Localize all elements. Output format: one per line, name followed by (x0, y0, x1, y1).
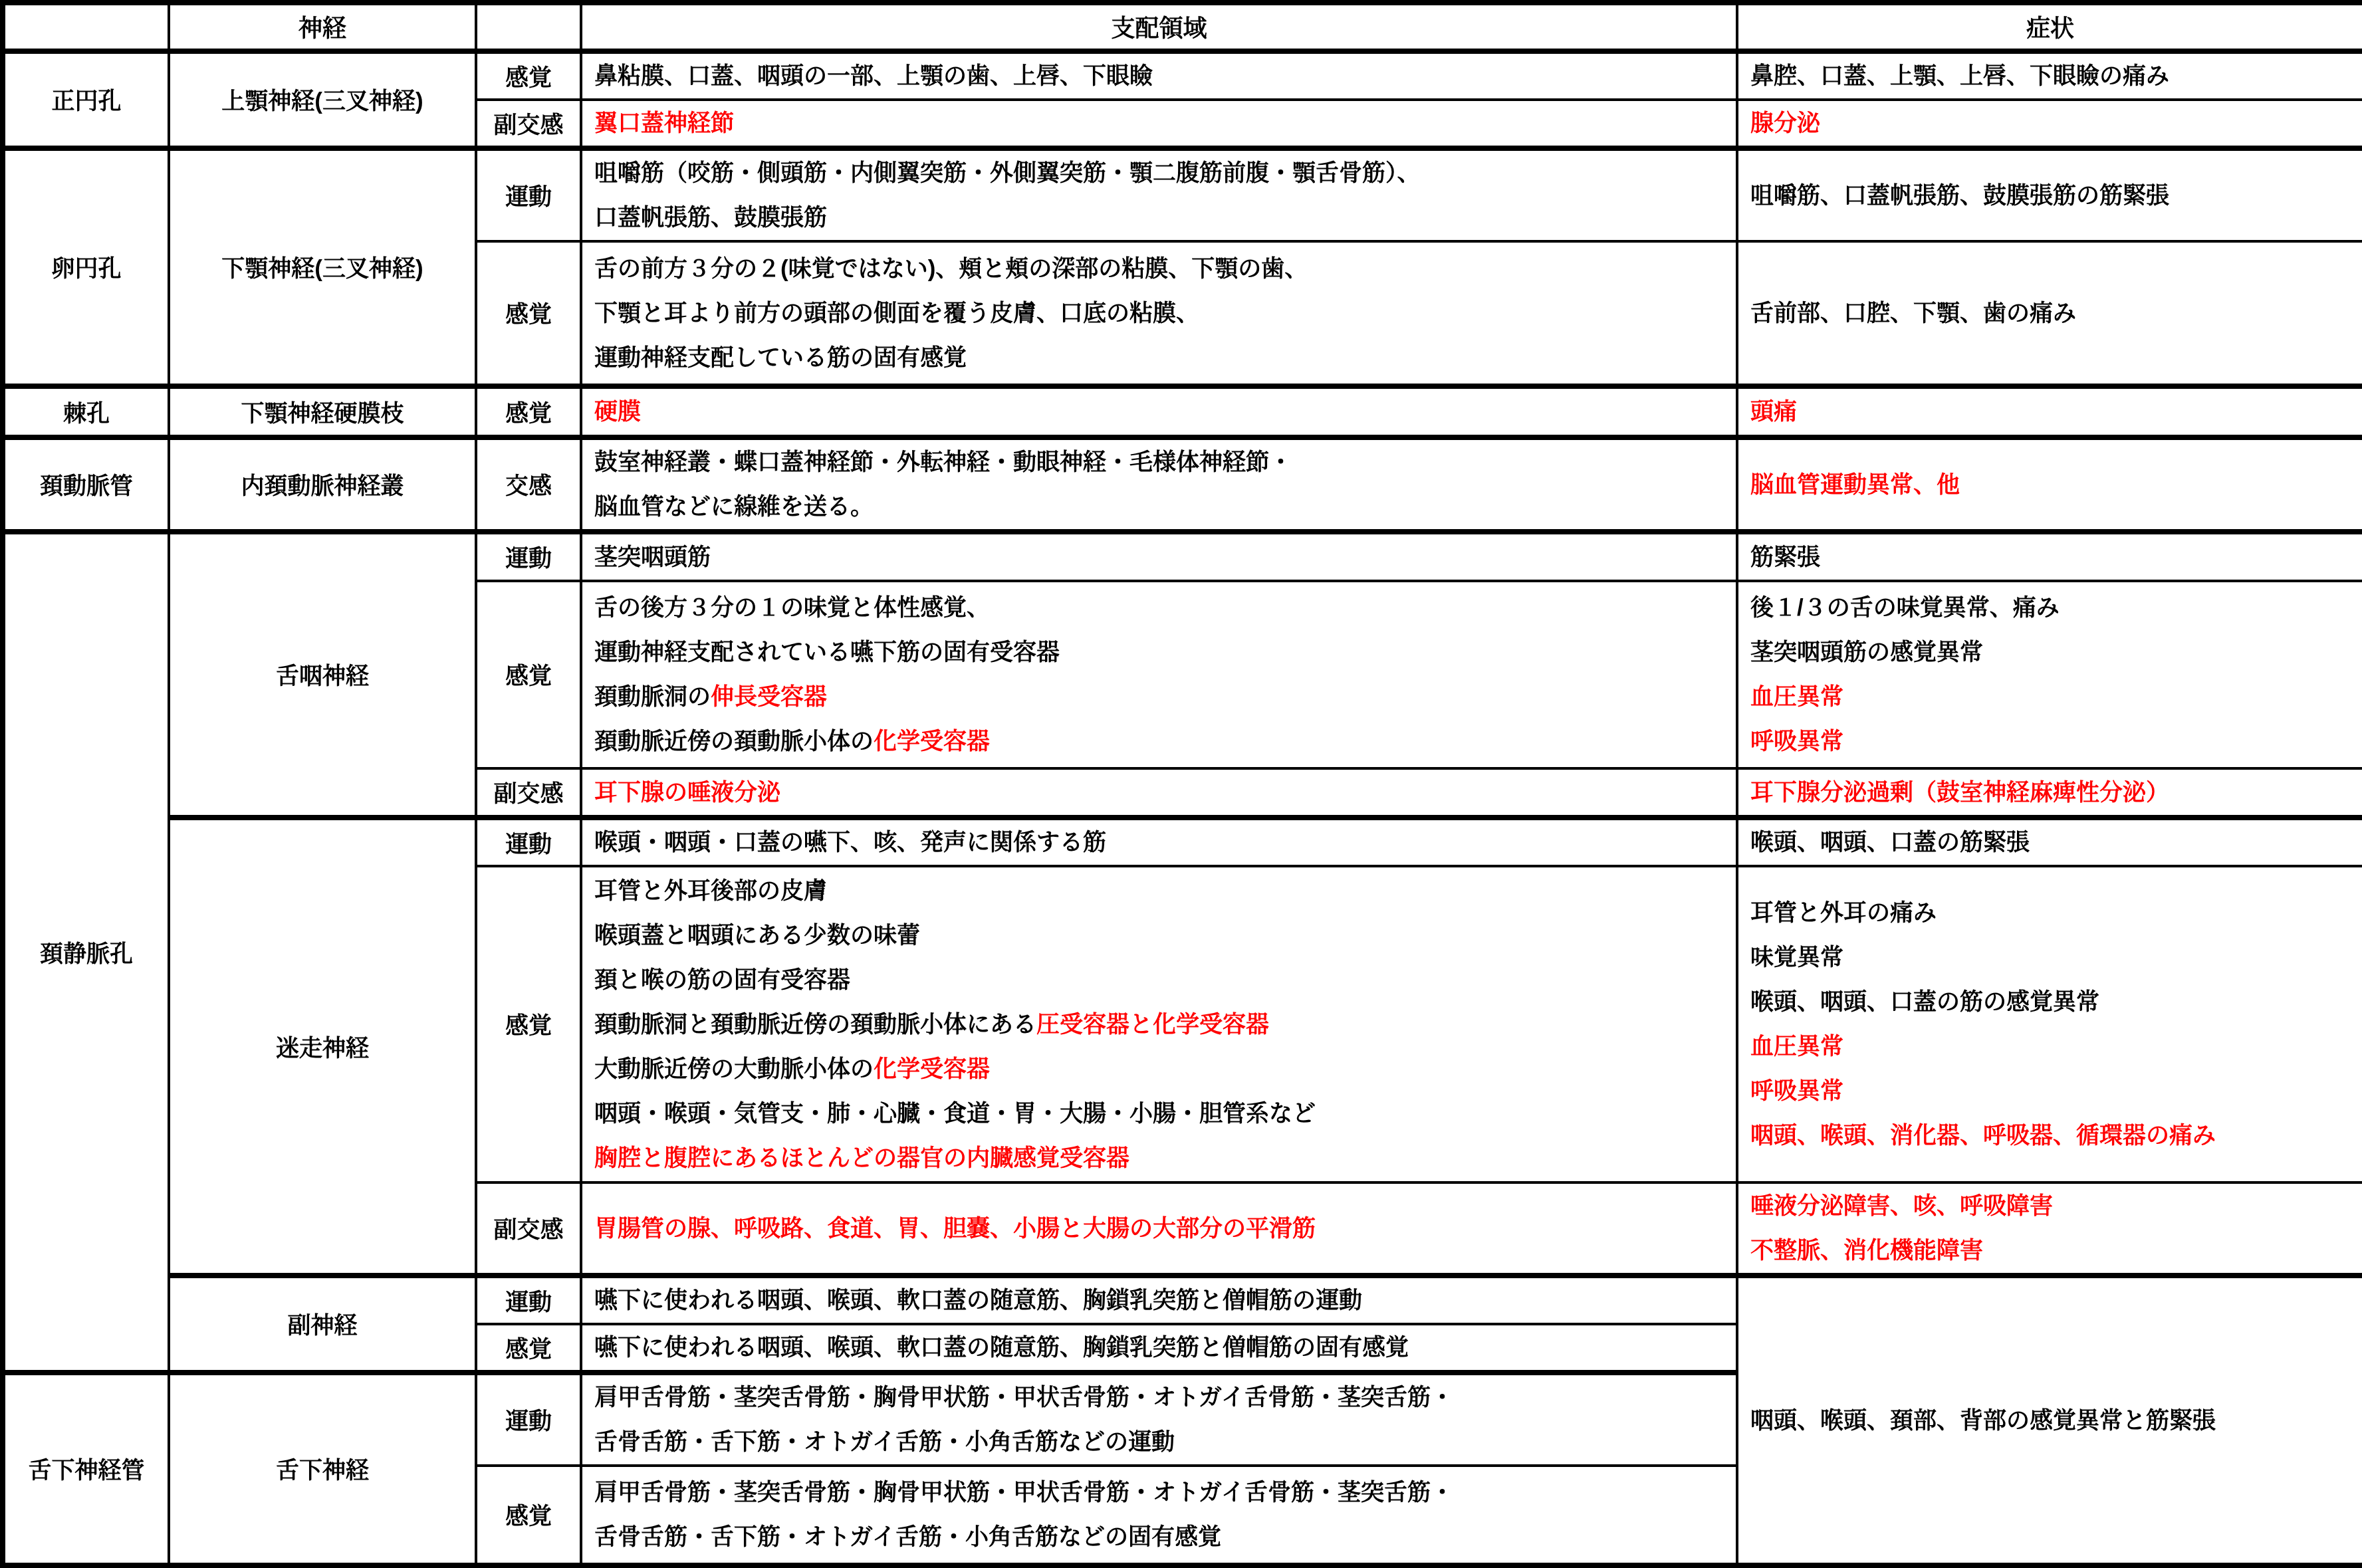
symptom-cell: 腺分泌 (1737, 100, 2362, 148)
region-cell: 舌の前方３分の２(味覚ではない)、頬と頬の深部の粘膜、下顎の歯、 下顎と耳より前… (581, 241, 1737, 386)
nerve-vagus: 迷走神経 (169, 818, 476, 1276)
nerve-hypoglossal: 舌下神経 (169, 1373, 476, 1565)
region-cell: 翼口蓋神経節 (581, 100, 1737, 148)
text-red: 不整脈、消化機能障害 (1750, 1238, 1983, 1264)
text-black: 喉頭蓋と咽頭にある少数の味蕾 (594, 923, 920, 949)
type-label: 運動 (476, 532, 581, 581)
row-accessory-motor: 副神経 運動 嚥下に使われる咽頭、喉頭、軟口蓋の随意筋、胸鎖乳突筋と僧帽筋の運動… (3, 1276, 2362, 1324)
type-label: 感覚 (476, 866, 581, 1182)
text-black: 喉頭・咽頭・口蓋の嚥下、咳、発声に関係する筋 (594, 830, 1106, 855)
text-black: 味覚異常 (1750, 945, 1843, 970)
text-line: 嚥下に使われる咽頭、喉頭、軟口蓋の随意筋、胸鎖乳突筋と僧帽筋の固有感覚 (594, 1325, 1724, 1370)
text-line: 喉頭蓋と咽頭にある少数の味蕾 (594, 913, 1724, 958)
text-black: 肩甲舌骨筋・茎突舌骨筋・胸骨甲状筋・甲状舌骨筋・オトガイ舌骨筋・茎突舌筋・ (594, 1480, 1454, 1506)
header-foramen-blank (3, 3, 169, 51)
text-line: 頚動脈近傍の頚動脈小体の化学受容器 (594, 719, 1724, 764)
text-red: 血圧異常 (1750, 684, 1843, 710)
text-black: 咀嚼筋（咬筋・側頭筋・内側翼突筋・外側翼突筋・顎二腹筋前腹・顎舌骨筋）、 (594, 160, 1421, 186)
text-black: 茎突咽頭筋の感覚異常 (1750, 639, 1983, 665)
text-line: 口蓋帆張筋、鼓膜張筋 (594, 195, 1724, 240)
text-line: 血圧異常 (1750, 675, 2350, 719)
row-meningeal-branch: 棘孔 下顎神経硬膜枝 感覚 硬膜 頭痛 (3, 386, 2362, 437)
text-red: 呼吸異常 (1750, 728, 1843, 754)
text-black: 運動神経支配している筋の固有感覚 (594, 345, 967, 371)
text-black: 舌の前方３分の２(味覚ではない)、頬と頬の深部の粘膜、下顎の歯、 (594, 256, 1308, 282)
text-black: 肩甲舌骨筋・茎突舌骨筋・胸骨甲状筋・甲状舌骨筋・オトガイ舌骨筋・茎突舌筋・ (594, 1385, 1454, 1410)
type-label: 運動 (476, 818, 581, 866)
text-black: 大動脈近傍の大動脈小体の (594, 1056, 874, 1082)
nerve-maxillary: 上顎神経(三叉神経) (169, 51, 476, 148)
text-line: 運動神経支配されている嚥下筋の固有受容器 (594, 630, 1724, 675)
region-cell: 嚥下に使われる咽頭、喉頭、軟口蓋の随意筋、胸鎖乳突筋と僧帽筋の固有感覚 (581, 1324, 1737, 1373)
text-black: 舌骨舌筋・舌下筋・オトガイ舌筋・小角舌筋などの運動 (594, 1429, 1175, 1455)
region-cell: 硬膜 (581, 386, 1737, 437)
region-cell: 鼓室神経叢・蝶口蓋神経節・外転神経・動眼神経・毛様体神経節・ 脳血管などに線維を… (581, 437, 1737, 532)
row-maxillary-sensory: 正円孔 上顎神経(三叉神経) 感覚 鼻粘膜、口蓋、咽頭の一部、上顎の歯、上唇、下… (3, 51, 2362, 100)
text-black: 頚動脈洞の (594, 684, 711, 710)
type-label: 感覚 (476, 581, 581, 768)
text-black: 鼓室神経叢・蝶口蓋神経節・外転神経・動眼神経・毛様体神経節・ (594, 449, 1292, 475)
foramen-spinosum: 棘孔 (3, 386, 169, 437)
text-line: 頭痛 (1750, 390, 2350, 434)
text-red: 耳下腺の唾液分泌 (594, 780, 780, 806)
text-red: 化学受容器 (874, 728, 990, 754)
foramen-ovale: 卵円孔 (3, 148, 169, 386)
symptom-cell: 喉頭、咽頭、口蓋の筋緊張 (1737, 818, 2362, 866)
symptom-cell: 頭痛 (1737, 386, 2362, 437)
text-line: 咽頭、喉頭、頚部、背部の感覚異常と筋緊張 (1750, 1399, 2350, 1443)
nerve-internal-carotid-plexus: 内頚動脈神経叢 (169, 437, 476, 532)
text-black: 下顎と耳より前方の頭部の側面を覆う皮膚、口底の粘膜、 (594, 300, 1199, 326)
nerve-glossopharyngeal: 舌咽神経 (169, 532, 476, 818)
region-cell: 嚥下に使われる咽頭、喉頭、軟口蓋の随意筋、胸鎖乳突筋と僧帽筋の運動 (581, 1276, 1737, 1324)
text-line: 翼口蓋神経節 (594, 101, 1724, 146)
text-line: 喉頭、咽頭、口蓋の筋の感覚異常 (1750, 980, 2350, 1024)
text-line: 硬膜 (594, 390, 1724, 434)
text-line: 運動神経支配している筋の固有感覚 (594, 336, 1724, 380)
text-line: 鼓室神経叢・蝶口蓋神経節・外転神経・動眼神経・毛様体神経節・ (594, 440, 1724, 485)
text-black: 口蓋帆張筋、鼓膜張筋 (594, 205, 827, 231)
text-black: 咽頭・喉頭・気管支・肺・心臓・食道・胃・大腸・小腸・胆管系など (594, 1101, 1316, 1127)
text-line: 不整脈、消化機能障害 (1750, 1228, 2350, 1273)
type-label: 感覚 (476, 1324, 581, 1373)
symptom-cell: 脳血管運動異常、他 (1737, 437, 2362, 532)
nerve-mandibular: 下顎神経(三叉神経) (169, 148, 476, 386)
type-label: 感覚 (476, 51, 581, 100)
text-line: 血圧異常 (1750, 1024, 2350, 1069)
text-line: 咽頭・喉頭・気管支・肺・心臓・食道・胃・大腸・小腸・胆管系など (594, 1091, 1724, 1136)
row-carotid-plexus-sympathetic: 頚動脈管 内頚動脈神経叢 交感 鼓室神経叢・蝶口蓋神経節・外転神経・動眼神経・毛… (3, 437, 2362, 532)
text-line: 舌骨舌筋・舌下筋・オトガイ舌筋・小角舌筋などの運動 (594, 1420, 1724, 1464)
type-label: 運動 (476, 148, 581, 241)
text-black: 喉頭、咽頭、口蓋の筋の感覚異常 (1750, 989, 2099, 1015)
text-line: 脳血管などに線維を送る。 (594, 485, 1724, 529)
symptom-cell: 鼻腔、口蓋、上顎、上唇、下眼瞼の痛み (1737, 51, 2362, 100)
text-line: 大動脈近傍の大動脈小体の化学受容器 (594, 1047, 1724, 1091)
text-line: 耳管と外耳の痛み (1750, 891, 2350, 935)
text-black: 舌骨舌筋・舌下筋・オトガイ舌筋・小角舌筋などの固有感覚 (594, 1524, 1221, 1550)
text-line: 茎突咽頭筋の感覚異常 (1750, 630, 2350, 675)
text-black: 舌前部、口腔、下顎、歯の痛み (1750, 300, 2076, 326)
text-line: 腺分泌 (1750, 101, 2350, 146)
type-label: 交感 (476, 437, 581, 532)
text-red: 腺分泌 (1750, 110, 1820, 136)
text-line: 頚動脈洞と頚動脈近傍の頚動脈小体にある圧受容器と化学受容器 (594, 1002, 1724, 1047)
row-mandibular-motor: 卵円孔 下顎神経(三叉神経) 運動 咀嚼筋（咬筋・側頭筋・内側翼突筋・外側翼突筋… (3, 148, 2362, 241)
text-line: 唾液分泌障害、咳、呼吸障害 (1750, 1184, 2350, 1228)
symptom-cell: 舌前部、口腔、下顎、歯の痛み (1737, 241, 2362, 386)
text-black: 嚥下に使われる咽頭、喉頭、軟口蓋の随意筋、胸鎖乳突筋と僧帽筋の運動 (594, 1288, 1362, 1313)
region-cell: 鼻粘膜、口蓋、咽頭の一部、上顎の歯、上唇、下眼瞼 (581, 51, 1737, 100)
region-cell: 胃腸管の腺、呼吸路、食道、胃、胆嚢、小腸と大腸の大部分の平滑筋 (581, 1182, 1737, 1276)
text-black: 後１/３の舌の味覚異常、痛み (1750, 595, 2060, 621)
text-black: 耳管と外耳の痛み (1750, 900, 1937, 926)
text-line: 耳下腺分泌過剰（鼓室神経麻痺性分泌） (1750, 770, 2350, 815)
text-black: 咽頭、喉頭、頚部、背部の感覚異常と筋緊張 (1750, 1408, 2216, 1434)
header-symptom: 症状 (1737, 3, 2362, 51)
symptom-cell: 咀嚼筋、口蓋帆張筋、鼓膜張筋の筋緊張 (1737, 148, 2362, 241)
text-red: 伸長受容器 (711, 684, 827, 710)
text-line: 咀嚼筋（咬筋・側頭筋・内側翼突筋・外側翼突筋・顎二腹筋前腹・顎舌骨筋）、 (594, 151, 1724, 195)
text-line: 舌前部、口腔、下顎、歯の痛み (1750, 291, 2350, 336)
type-label: 副交感 (476, 100, 581, 148)
region-cell: 肩甲舌骨筋・茎突舌骨筋・胸骨甲状筋・甲状舌骨筋・オトガイ舌骨筋・茎突舌筋・ 舌骨… (581, 1373, 1737, 1466)
text-black: 頚動脈近傍の頚動脈小体の (594, 728, 874, 754)
row-vagus-motor: 迷走神経 運動 喉頭・咽頭・口蓋の嚥下、咳、発声に関係する筋 喉頭、咽頭、口蓋の… (3, 818, 2362, 866)
region-cell: 肩甲舌骨筋・茎突舌骨筋・胸骨甲状筋・甲状舌骨筋・オトガイ舌骨筋・茎突舌筋・ 舌骨… (581, 1466, 1737, 1565)
text-line: 咽頭、喉頭、消化器、呼吸器、循環器の痛み (1750, 1113, 2350, 1158)
text-line: 舌骨舌筋・舌下筋・オトガイ舌筋・小角舌筋などの固有感覚 (594, 1515, 1724, 1559)
text-red: 翼口蓋神経節 (594, 110, 734, 136)
type-label: 運動 (476, 1276, 581, 1324)
text-black: 咀嚼筋、口蓋帆張筋、鼓膜張筋の筋緊張 (1750, 183, 2169, 209)
text-line: 咀嚼筋、口蓋帆張筋、鼓膜張筋の筋緊張 (1750, 173, 2350, 218)
text-line: 喉頭、咽頭、口蓋の筋緊張 (1750, 820, 2350, 865)
row-glossopharyngeal-motor: 頚静脈孔 舌咽神経 運動 茎突咽頭筋 筋緊張 (3, 532, 2362, 581)
symptom-cell: 唾液分泌障害、咳、呼吸障害 不整脈、消化機能障害 (1737, 1182, 2362, 1276)
text-black: 茎突咽頭筋 (594, 544, 711, 570)
region-cell: 舌の後方３分の１の味覚と体性感覚、 運動神経支配されている嚥下筋の固有受容器 頚… (581, 581, 1737, 768)
text-line: 胃腸管の腺、呼吸路、食道、胃、胆嚢、小腸と大腸の大部分の平滑筋 (594, 1206, 1724, 1251)
header-nerve: 神経 (169, 3, 476, 51)
region-cell: 耳下腺の唾液分泌 (581, 768, 1737, 818)
text-line: 下顎と耳より前方の頭部の側面を覆う皮膚、口底の粘膜、 (594, 291, 1724, 336)
foramen-carotid-canal: 頚動脈管 (3, 437, 169, 532)
text-black: 鼻腔、口蓋、上顎、上唇、下眼瞼の痛み (1750, 63, 2169, 89)
text-line: 筋緊張 (1750, 535, 2350, 580)
text-red: 耳下腺分泌過剰（鼓室神経麻痺性分泌） (1750, 780, 2169, 806)
symptom-cell: 筋緊張 (1737, 532, 2362, 581)
type-label: 感覚 (476, 1466, 581, 1565)
text-line: 喉頭・咽頭・口蓋の嚥下、咳、発声に関係する筋 (594, 820, 1724, 865)
text-black: 頚動脈洞と頚動脈近傍の頚動脈小体にある (594, 1012, 1036, 1038)
nerve-meningeal-branch: 下顎神経硬膜枝 (169, 386, 476, 437)
text-red: 呼吸異常 (1750, 1078, 1843, 1104)
text-black: 運動神経支配されている嚥下筋の固有受容器 (594, 639, 1060, 665)
text-line: 耳管と外耳後部の皮膚 (594, 869, 1724, 913)
nerve-accessory: 副神経 (169, 1276, 476, 1373)
foramen-rotundum: 正円孔 (3, 51, 169, 148)
text-line: 味覚異常 (1750, 935, 2350, 980)
text-red: 胸腔と腹腔にあるほとんどの器官の内臓感覚受容器 (594, 1145, 1129, 1171)
text-black: 嚥下に使われる咽頭、喉頭、軟口蓋の随意筋、胸鎖乳突筋と僧帽筋の固有感覚 (594, 1335, 1409, 1361)
text-red: 胃腸管の腺、呼吸路、食道、胃、胆嚢、小腸と大腸の大部分の平滑筋 (594, 1216, 1316, 1242)
text-red: 圧受容器と化学受容器 (1036, 1012, 1269, 1038)
text-black: 喉頭、咽頭、口蓋の筋緊張 (1750, 830, 2030, 855)
symptom-cell-merged: 咽頭、喉頭、頚部、背部の感覚異常と筋緊張 (1737, 1276, 2362, 1565)
text-line: 胸腔と腹腔にあるほとんどの器官の内臓感覚受容器 (594, 1136, 1724, 1180)
text-line: 頚動脈洞の伸長受容器 (594, 675, 1724, 719)
symptom-cell: 耳下腺分泌過剰（鼓室神経麻痺性分泌） (1737, 768, 2362, 818)
foramen-jugular: 頚静脈孔 (3, 532, 169, 1373)
region-cell: 喉頭・咽頭・口蓋の嚥下、咳、発声に関係する筋 (581, 818, 1737, 866)
text-line: 呼吸異常 (1750, 719, 2350, 764)
text-red: 頭痛 (1750, 399, 1797, 425)
type-label: 運動 (476, 1373, 581, 1466)
text-black: 耳管と外耳後部の皮膚 (594, 878, 827, 904)
text-red: 化学受容器 (874, 1056, 990, 1082)
cranial-foramina-nerve-table: 神経 支配領域 症状 正円孔 上顎神経(三叉神経) 感覚 鼻粘膜、口蓋、咽頭の一… (0, 0, 2362, 1568)
text-black: 頚と喉の筋の固有受容器 (594, 967, 850, 993)
text-line: 肩甲舌骨筋・茎突舌骨筋・胸骨甲状筋・甲状舌骨筋・オトガイ舌骨筋・茎突舌筋・ (594, 1470, 1724, 1515)
text-red: 硬膜 (594, 399, 641, 425)
text-red: 脳血管運動異常、他 (1750, 472, 1960, 498)
symptom-cell: 後１/３の舌の味覚異常、痛み 茎突咽頭筋の感覚異常 血圧異常 呼吸異常 (1737, 581, 2362, 768)
foramen-hypoglossal-canal: 舌下神経管 (3, 1373, 169, 1565)
text-red: 咽頭、喉頭、消化器、呼吸器、循環器の痛み (1750, 1123, 2216, 1149)
header-region: 支配領域 (581, 3, 1737, 51)
text-line: 舌の前方３分の２(味覚ではない)、頬と頬の深部の粘膜、下顎の歯、 (594, 247, 1724, 291)
type-label: 感覚 (476, 241, 581, 386)
text-line: 頚と喉の筋の固有受容器 (594, 958, 1724, 1002)
text-line: 脳血管運動異常、他 (1750, 463, 2350, 507)
text-line: 後１/３の舌の味覚異常、痛み (1750, 586, 2350, 630)
symptom-cell: 耳管と外耳の痛み 味覚異常 喉頭、咽頭、口蓋の筋の感覚異常 血圧異常 呼吸異常 … (1737, 866, 2362, 1182)
text-black: 脳血管などに線維を送る。 (594, 494, 874, 520)
type-label: 副交感 (476, 768, 581, 818)
text-line: 舌の後方３分の１の味覚と体性感覚、 (594, 586, 1724, 630)
text-line: 肩甲舌骨筋・茎突舌骨筋・胸骨甲状筋・甲状舌骨筋・オトガイ舌骨筋・茎突舌筋・ (594, 1375, 1724, 1420)
header-row: 神経 支配領域 症状 (3, 3, 2362, 51)
text-line: 鼻粘膜、口蓋、咽頭の一部、上顎の歯、上唇、下眼瞼 (594, 54, 1724, 98)
text-black: 筋緊張 (1750, 544, 1820, 570)
header-type-blank (476, 3, 581, 51)
text-line: 耳下腺の唾液分泌 (594, 770, 1724, 815)
text-black: 舌の後方３分の１の味覚と体性感覚、 (594, 595, 990, 621)
text-line: 茎突咽頭筋 (594, 535, 1724, 580)
region-cell: 咀嚼筋（咬筋・側頭筋・内側翼突筋・外側翼突筋・顎二腹筋前腹・顎舌骨筋）、 口蓋帆… (581, 148, 1737, 241)
region-cell: 茎突咽頭筋 (581, 532, 1737, 581)
text-red: 唾液分泌障害、咳、呼吸障害 (1750, 1193, 2053, 1219)
text-line: 嚥下に使われる咽頭、喉頭、軟口蓋の随意筋、胸鎖乳突筋と僧帽筋の運動 (594, 1278, 1724, 1323)
type-label: 副交感 (476, 1182, 581, 1276)
region-cell: 耳管と外耳後部の皮膚 喉頭蓋と咽頭にある少数の味蕾 頚と喉の筋の固有受容器 頚動… (581, 866, 1737, 1182)
text-red: 血圧異常 (1750, 1034, 1843, 1060)
type-label: 感覚 (476, 386, 581, 437)
text-line: 呼吸異常 (1750, 1069, 2350, 1113)
text-line: 鼻腔、口蓋、上顎、上唇、下眼瞼の痛み (1750, 54, 2350, 98)
text-black: 鼻粘膜、口蓋、咽頭の一部、上顎の歯、上唇、下眼瞼 (594, 63, 1153, 89)
